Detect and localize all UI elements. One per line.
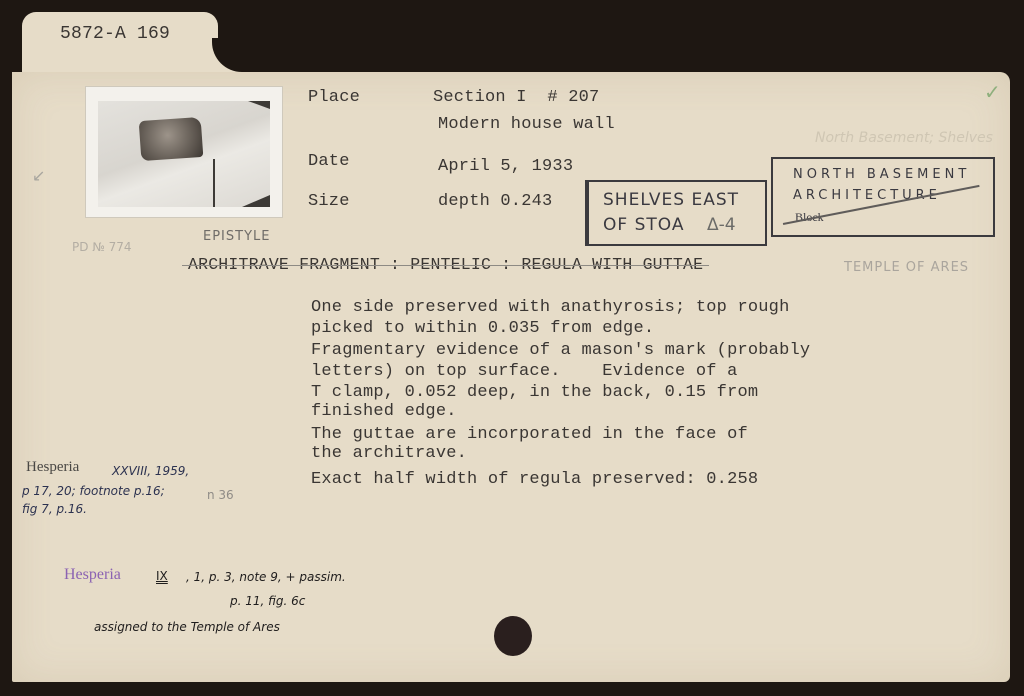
photo-image [98,101,270,207]
reference1-line1: XXVIII, 1959, [112,464,189,478]
description-line: The guttae are incorporated in the face … [311,425,748,444]
location-stamp-line1: NORTH BASEMENT [793,167,970,182]
description-line: finished edge. [311,402,457,421]
place-value-line2: Modern house wall [438,115,615,134]
date-value: April 5, 1933 [438,157,573,176]
storage-shelf-code: Δ-4 [707,215,736,235]
reference1-line2: p 17, 20; footnote p.16; [22,484,165,498]
title-text: ARCHITRAVE FRAGMENT : PENTELIC : REGULA … [188,255,703,274]
temple-note: TEMPLE OF ARES [844,260,969,275]
object-title: ARCHITRAVE FRAGMENT : PENTELIC : REGULA … [188,255,703,274]
stone-fragment-image [139,117,204,161]
photo-shadow-line [213,159,215,207]
hesperia-stamp: Hesperia [26,459,79,476]
pd-number-note: PD № 774 [72,240,132,254]
reference2-volume: IX [156,569,168,583]
storage-stamp: SHELVES EAST OF STOA Δ-4 [585,180,767,246]
catalog-number: 5872-A 169 [60,24,170,44]
place-value-line1: Section I # 207 [433,88,599,107]
reference2-line1: , 1, p. 3, note 9, + passim. [186,570,346,584]
photo-corner [248,101,270,109]
hesperia-purple-stamp: Hesperia [64,566,121,584]
object-photo[interactable] [85,86,283,218]
reference1-line3: fig 7, p.16. [22,502,87,516]
checkmark-icon: ✓ [984,80,1001,104]
description-line: the architrave. [311,444,467,463]
storage-stamp-line1: SHELVES EAST [603,190,739,210]
description-line: Exact half width of regula preserved: 0.… [311,470,758,489]
description-line: letters) on top surface. Evidence of a [311,362,737,381]
margin-arrow-icon: ↙ [32,166,45,185]
punch-hole [494,616,532,656]
photo-corner [242,195,270,207]
description-line: One side preserved with anathyrosis; top… [311,298,789,317]
place-label: Place [308,88,360,107]
location-stamp: NORTH BASEMENT ARCHITECTURE Block [771,157,995,237]
reference2-line2: p. 11, fig. 6c [230,594,305,608]
size-value: depth 0.243 [438,192,552,211]
reference1-note: n 36 [207,488,234,502]
description-line: T clamp, 0.052 deep, in the back, 0.15 f… [311,383,758,402]
storage-stamp-line2: OF STOA [603,215,684,235]
description-line: picked to within 0.035 from edge. [311,319,654,338]
epistyle-note: EPISTYLE [203,229,270,244]
reference2-line3: assigned to the Temple of Ares [94,620,280,634]
date-label: Date [308,152,350,171]
size-label: Size [308,192,350,211]
description-line: Fragmentary evidence of a mason's mark (… [311,341,810,360]
erased-pencil-note: North Basement; Shelves [815,130,993,146]
